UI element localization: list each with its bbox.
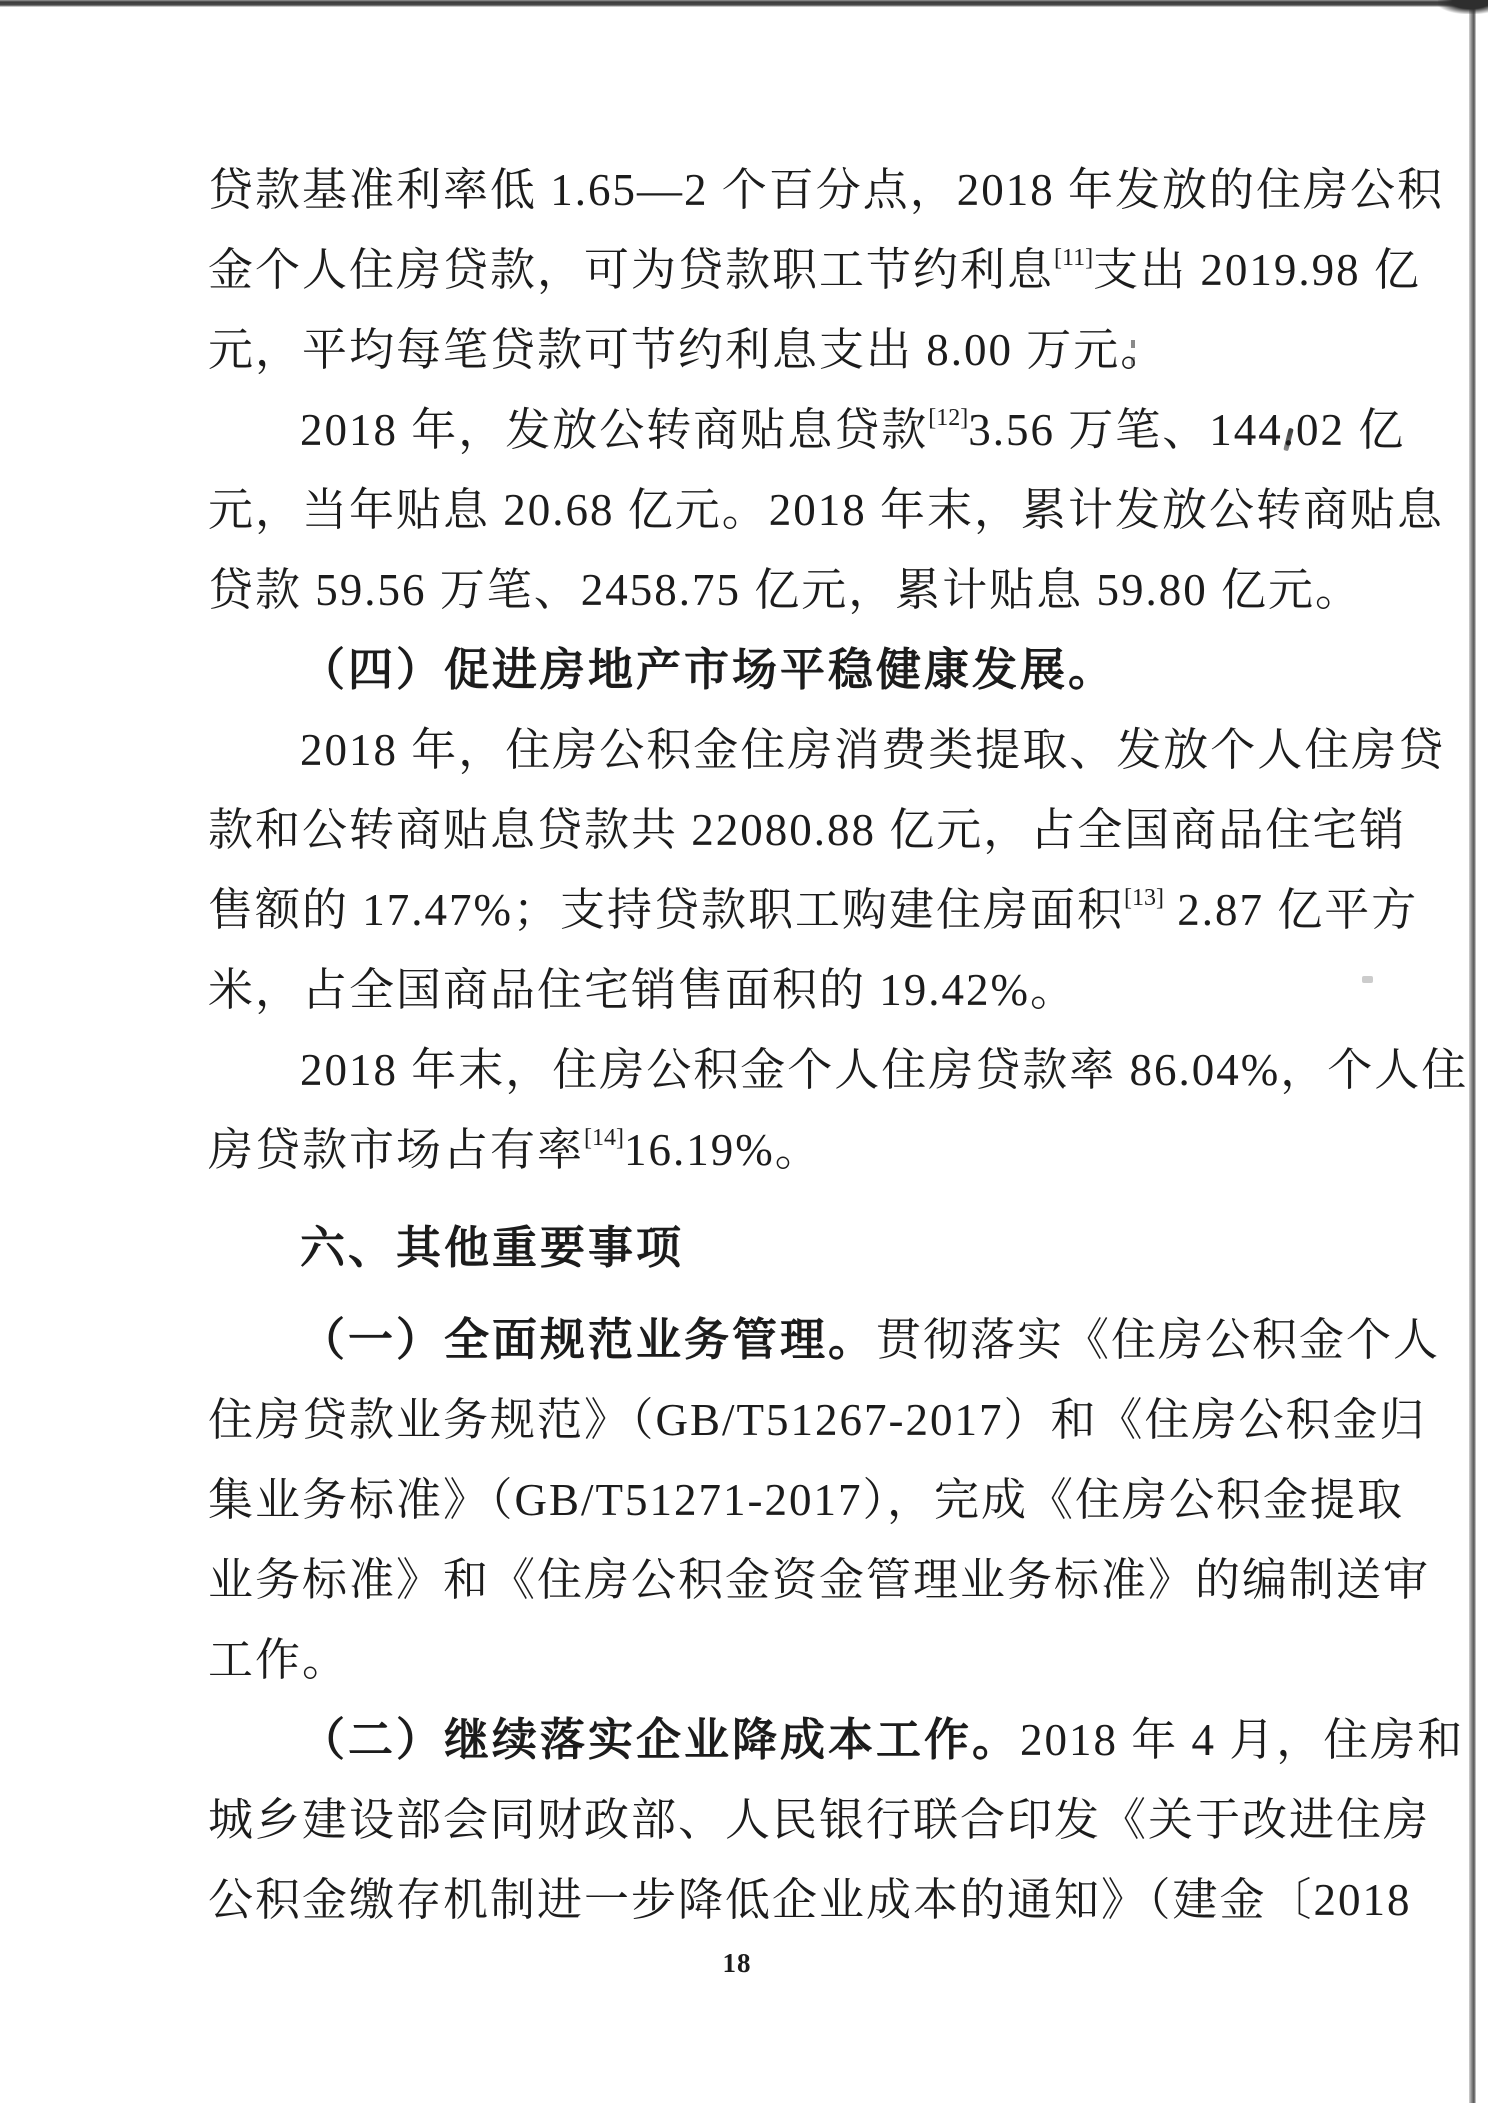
document-page: 贷款基准利率低 1.65—2 个百分点，2018 年发放的住房公积金个人住房贷款…: [0, 0, 1488, 2103]
scan-corner-artifact: [1438, 0, 1488, 14]
footnote-ref: [13]: [1124, 885, 1164, 911]
text-segment: 16.19%。: [624, 1125, 822, 1175]
text-line: 工作。: [208, 1620, 1340, 1700]
document-body: 贷款基准利率低 1.65—2 个百分点，2018 年发放的住房公积金个人住房贷款…: [208, 150, 1340, 1940]
text-segment: 贯彻落实《住房公积金个人: [876, 1315, 1440, 1365]
scan-speck-artifact: [1362, 976, 1373, 983]
text-segment: （四）促进房地产市场平稳健康发展。: [300, 644, 1116, 695]
text-line: 住房贷款业务规范》（GB/T51267-2017）和《住房公积金归: [208, 1380, 1340, 1460]
text-segment: 款和公转商贴息贷款共 22080.88 亿元，占全国商品住宅销: [208, 805, 1406, 855]
text-line: 2018 年，住房公积金住房消费类提取、发放个人住房贷: [208, 710, 1340, 790]
section-heading: 六、其他重要事项: [208, 1208, 1340, 1288]
text-line: 2018 年末，住房公积金个人住房贷款率 86.04%，个人住: [208, 1030, 1340, 1110]
text-segment: 工作。: [208, 1635, 349, 1685]
text-segment: 贷款基准利率低 1.65—2 个百分点，2018 年发放的住房公积: [208, 165, 1444, 215]
text-segment: 元，平均每笔贷款可节约利息支出 8.00 万元。: [208, 325, 1167, 375]
text-segment: 售额的 17.47%；支持贷款职工购建住房面积: [208, 885, 1124, 935]
text-segment: （二）继续落实企业降成本工作。: [300, 1714, 1020, 1765]
text-line: 米，占全国商品住宅销售面积的 19.42%。: [208, 950, 1340, 1030]
scan-edge-right-artifact: [1469, 0, 1476, 2103]
text-segment: 元，当年贴息 20.68 亿元。2018 年末，累计发放公转商贴息: [208, 485, 1444, 535]
footnote-ref: [11]: [1054, 245, 1093, 271]
text-segment: 3.56 万笔、144.02 亿: [968, 405, 1405, 455]
scan-edge-top-artifact: [0, 0, 1488, 7]
text-segment: 业务标准》和《住房公积金资金管理业务标准》的编制送审: [208, 1555, 1430, 1605]
footnote-ref: [12]: [928, 405, 968, 431]
text-segment: 公积金缴存机制进一步降低企业成本的通知》（建金〔2018: [208, 1875, 1412, 1925]
text-line: （一）全面规范业务管理。贯彻落实《住房公积金个人: [208, 1300, 1340, 1380]
text-line: 元，平均每笔贷款可节约利息支出 8.00 万元。: [208, 310, 1340, 390]
text-segment: 集业务标准》（GB/T51271-2017），完成《住房公积金提取: [208, 1475, 1404, 1525]
text-segment: 金个人住房贷款，可为贷款职工节约利息: [208, 245, 1054, 295]
page-number: 18: [0, 1948, 1474, 1979]
text-segment: 2018 年，住房公积金住房消费类提取、发放个人住房贷: [300, 725, 1445, 775]
text-line: 元，当年贴息 20.68 亿元。2018 年末，累计发放公转商贴息: [208, 470, 1340, 550]
text-segment: 2018 年末，住房公积金个人住房贷款率 86.04%，个人住: [300, 1045, 1468, 1095]
text-line: 贷款基准利率低 1.65—2 个百分点，2018 年发放的住房公积: [208, 150, 1340, 230]
text-line: 贷款 59.56 万笔、2458.75 亿元，累计贴息 59.80 亿元。: [208, 550, 1340, 630]
text-line: 金个人住房贷款，可为贷款职工节约利息[11]支出 2019.98 亿: [208, 230, 1340, 310]
text-segment: 城乡建设部会同财政部、人民银行联合印发《关于改进住房: [208, 1795, 1430, 1845]
footnote-ref: [14]: [584, 1125, 624, 1151]
text-line: 售额的 17.47%；支持贷款职工购建住房面积[13] 2.87 亿平方: [208, 870, 1340, 950]
text-line: （二）继续落实企业降成本工作。2018 年 4 月，住房和: [208, 1700, 1340, 1780]
text-segment: 贷款 59.56 万笔、2458.75 亿元，累计贴息 59.80 亿元。: [208, 565, 1362, 615]
text-line: （四）促进房地产市场平稳健康发展。: [208, 630, 1340, 710]
text-line: 2018 年，发放公转商贴息贷款[12]3.56 万笔、144.02 亿: [208, 390, 1340, 470]
text-line: 公积金缴存机制进一步降低企业成本的通知》（建金〔2018: [208, 1860, 1340, 1940]
text-segment: 2.87 亿平方: [1164, 885, 1418, 935]
text-line: 款和公转商贴息贷款共 22080.88 亿元，占全国商品住宅销: [208, 790, 1340, 870]
text-line: 业务标准》和《住房公积金资金管理业务标准》的编制送审: [208, 1540, 1340, 1620]
text-segment: 2018 年 4 月，住房和: [1020, 1715, 1464, 1765]
text-segment: 2018 年，发放公转商贴息贷款: [300, 405, 928, 455]
text-line: 城乡建设部会同财政部、人民银行联合印发《关于改进住房: [208, 1780, 1340, 1860]
text-segment: 米，占全国商品住宅销售面积的 19.42%。: [208, 965, 1077, 1015]
text-line: 房贷款市场占有率[14]16.19%。: [208, 1110, 1340, 1190]
text-segment: 房贷款市场占有率: [208, 1125, 584, 1175]
text-segment: （一）全面规范业务管理。: [300, 1314, 876, 1365]
text-line: 集业务标准》（GB/T51271-2017），完成《住房公积金提取: [208, 1460, 1340, 1540]
text-segment: 支出 2019.98 亿: [1093, 245, 1421, 295]
text-segment: 住房贷款业务规范》（GB/T51267-2017）和《住房公积金归: [208, 1395, 1427, 1445]
text-segment: 六、其他重要事项: [300, 1222, 684, 1273]
